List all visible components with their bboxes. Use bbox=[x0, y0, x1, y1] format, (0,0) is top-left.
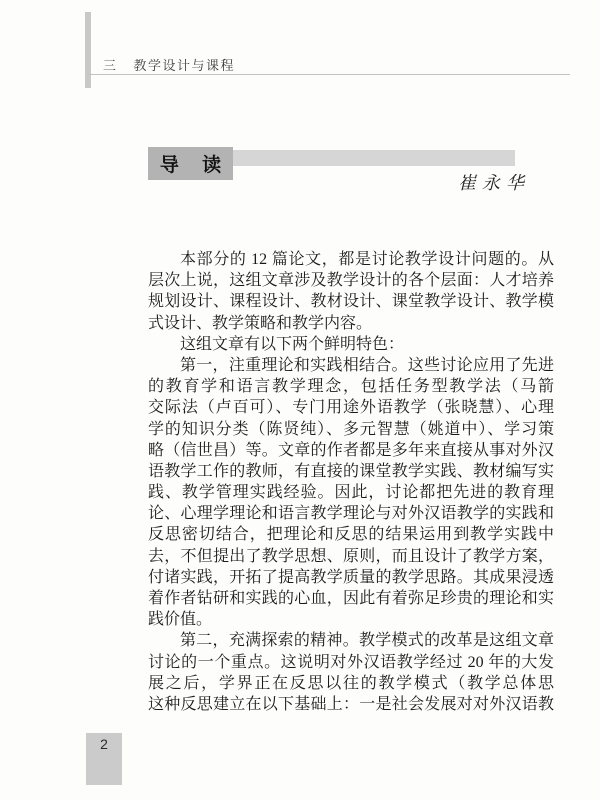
body-text-line: 去，不但提出了教学思想、原则，而且设计了教学方案， bbox=[148, 546, 554, 567]
header-rule bbox=[87, 74, 570, 75]
body-text-line: 践、教学管理实践经验。因此，讨论都把先进的教育理 bbox=[148, 482, 554, 503]
body-text-line: 反思密切结合，把理论和反思的结果运用到教学实践中 bbox=[148, 524, 554, 545]
body-text-line: 着作者钻研和实践的心血，因此有着弥足珍贵的理论和实 bbox=[148, 588, 554, 609]
body-text-line: 这种反思建立在以下基础上：一是社会发展对对外汉语教 bbox=[148, 694, 554, 715]
body-text-line: 论、心理学理论和语言教学理论与对外汉语教学的实践和 bbox=[148, 503, 554, 524]
body-text-line: 讨论的一个重点。这说明对外汉语教学经过 20 年的大发 bbox=[148, 652, 554, 673]
body-text-line: 学的知识分类（陈贤纯）、多元智慧（姚道中）、学习策 bbox=[148, 419, 554, 440]
body-text-line: 规划设计、课程设计、教材设计、课堂教学设计、教学模 bbox=[148, 291, 554, 312]
body-text-line: 践价值。 bbox=[148, 609, 554, 630]
page-number-tab: 2 bbox=[86, 733, 122, 785]
section-number: 三 bbox=[103, 58, 118, 73]
book-page: 三教学设计与课程 导 读 崔永华 本部分的 12 篇论文，都是讨论教学设计问题的… bbox=[0, 0, 600, 800]
lead-decorative-bar bbox=[233, 150, 515, 166]
running-header: 三教学设计与课程 bbox=[103, 55, 235, 74]
body-text-line: 本部分的 12 篇论文，都是讨论教学设计问题的。从 bbox=[148, 249, 554, 270]
body-text-line: 式设计、教学策略和教学内容。 bbox=[148, 313, 554, 334]
lead-author: 崔永华 bbox=[458, 169, 558, 195]
body-text-line: 语教学工作的教师，有直接的课堂教学实践、教材编写实 bbox=[148, 461, 554, 482]
body-text-line: 交际法（卢百可）、专门用途外语教学（张晓慧）、心理 bbox=[148, 397, 554, 418]
lead-heading: 导 读 bbox=[148, 147, 233, 180]
body-text-line: 的教育学和语言教学理念，包括任务型教学法（马箭飞）、 bbox=[148, 376, 554, 397]
body-text: 本部分的 12 篇论文，都是讨论教学设计问题的。从层次上说，这组文章涉及教学设计… bbox=[148, 249, 554, 715]
section-title: 教学设计与课程 bbox=[134, 58, 236, 73]
body-text-line: 展之后，学界正在反思以往的教学模式（教学总体思路）。 bbox=[148, 673, 554, 694]
page-number: 2 bbox=[86, 736, 122, 752]
body-text-line: 第二，充满探索的精神。教学模式的改革是这组文章 bbox=[148, 630, 554, 651]
header-accent-bar bbox=[85, 12, 91, 88]
body-text-line: 第一，注重理论和实践相结合。这些讨论应用了先进 bbox=[148, 355, 554, 376]
body-text-line: 付诸实践，开拓了提高教学质量的教学思路。其成果浸透 bbox=[148, 567, 554, 588]
body-text-line: 略（信世昌）等。文章的作者都是多年来直接从事对外汉 bbox=[148, 440, 554, 461]
body-text-line: 层次上说，这组文章涉及教学设计的各个层面：人才培养 bbox=[148, 270, 554, 291]
body-text-line: 这组文章有以下两个鲜明特色： bbox=[148, 334, 554, 355]
